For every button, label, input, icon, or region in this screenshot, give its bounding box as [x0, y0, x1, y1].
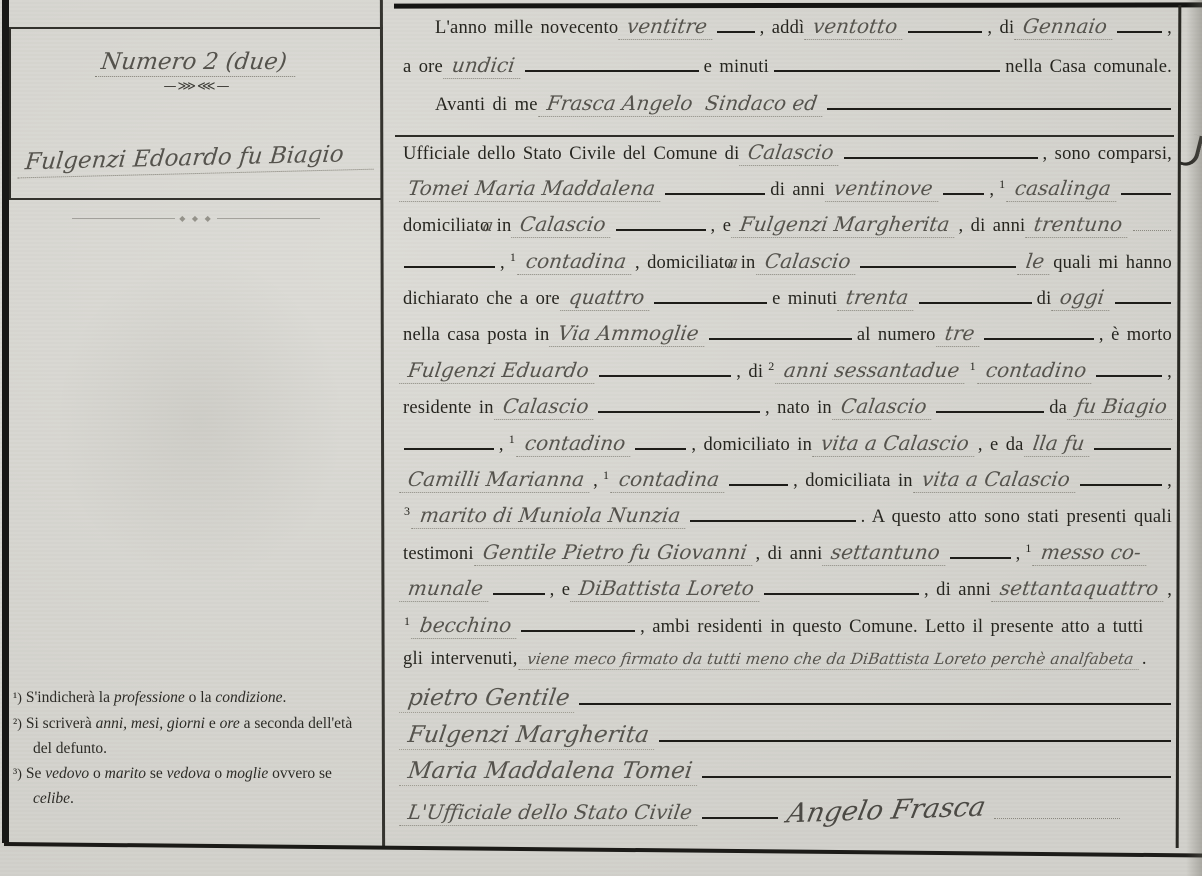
printed-text: ,	[1165, 580, 1174, 601]
handwritten-entry: Fulgenzi Margherita	[399, 722, 658, 750]
handwritten-entry: pietro Gentile	[399, 685, 578, 713]
column-divider-rule	[380, 0, 385, 848]
blank-line	[635, 438, 686, 450]
death-record-page: Numero 2 (due) —⋙⋘— Fulgenzi Edoardo fu …	[0, 0, 1202, 876]
blank-line	[521, 620, 635, 632]
form-line: ,1contadino, domiciliato invita a Calasc…	[401, 431, 1174, 467]
printed-text: , di anni	[956, 216, 1027, 237]
blank-line	[709, 328, 852, 340]
blank-line	[729, 474, 788, 486]
printed-text: testimoni	[401, 544, 476, 565]
ornament-divider: ◆ ◆ ◆	[72, 214, 320, 223]
blank-line	[665, 183, 765, 195]
blank-line	[1133, 220, 1171, 231]
handwritten-entry: Maria Maddalena Tomei	[399, 758, 701, 786]
footnote-text: vedova	[167, 765, 211, 782]
printed-text: , ambi residenti in questo Comune. Letto…	[638, 617, 1145, 638]
ornament-glyphs: ◆ ◆ ◆	[175, 214, 217, 223]
printed-text: , addì	[758, 18, 807, 39]
handwritten-entry: tre	[936, 321, 983, 347]
blank-line	[525, 60, 699, 72]
printed-text: ,	[1165, 471, 1174, 492]
handwritten-entry: Calascio	[494, 394, 597, 420]
handwritten-entry: Camilli Marianna	[399, 467, 593, 493]
handwritten-entry: Gennaio	[1015, 14, 1117, 40]
printed-text: , di	[985, 18, 1016, 39]
margin-annotation-box: Numero 2 (due) —⋙⋘— Fulgenzi Edoardo fu …	[9, 27, 383, 200]
footnote-text: professione	[114, 689, 185, 706]
handwritten-entry: Tomei Maria Maddalena	[399, 176, 664, 202]
footnote-text: e	[205, 715, 220, 732]
handwritten-entry: lla fu	[1024, 431, 1093, 457]
printed-text: ,	[498, 253, 507, 274]
footnote: ²)Si scriverà anni, mesi, giorni e ore a…	[13, 712, 371, 762]
footnote-text: o	[211, 765, 227, 782]
handwritten-entry: anni sessantadue	[775, 358, 968, 384]
form-line: testimoniGentile Pietro fu Giovanni, di …	[401, 540, 1174, 576]
page-right-edge	[1186, 0, 1202, 876]
blank-line	[690, 510, 855, 522]
right-rule	[1176, 5, 1182, 848]
blank-line	[404, 256, 495, 268]
footnote-text: moglie	[226, 765, 268, 782]
footnote: ³)Se vedovo o marito se vedova o moglie …	[13, 762, 371, 812]
blank-line	[702, 766, 1171, 778]
blank-line	[950, 547, 1010, 559]
footnote-text: anni, mesi, giorni	[96, 715, 205, 732]
printed-text: , di anni	[922, 580, 993, 601]
blank-line	[827, 98, 1171, 110]
footnote: ¹)S'indicherà la professione o la condiz…	[13, 686, 371, 711]
footnote-text: o la	[185, 689, 216, 706]
blank-line	[908, 21, 983, 33]
handwritten-entry: settantuno	[823, 540, 949, 566]
blank-line	[599, 365, 732, 377]
blank-line	[1094, 438, 1171, 450]
form-line: a oreundicie minutinella Casa comunale.	[401, 53, 1174, 92]
printed-text: e minuti	[770, 289, 839, 310]
handwritten-entry: settantaquattro	[991, 576, 1167, 602]
form-line: dichiarato che a orequattroe minutitrent…	[401, 285, 1174, 321]
printed-text: a ore	[401, 57, 445, 78]
footnote-text: Se	[26, 765, 45, 782]
printed-text: , e	[548, 580, 573, 601]
handwritten-entry: contadino	[516, 431, 634, 457]
printed-text: L'anno mille novecento	[433, 18, 620, 39]
handwritten-entry: vita a Calascio	[812, 431, 977, 457]
footnotes: ¹)S'indicherà la professione o la condiz…	[13, 686, 371, 813]
footnote-text: ore	[220, 715, 240, 732]
form-line: Maria Maddalena Tomei	[401, 758, 1174, 794]
printed-text: e minuti	[702, 57, 771, 78]
footnote-text: celibe	[33, 790, 70, 807]
handwritten-entry: DiBattista Loreto	[570, 576, 763, 602]
form-line: ,1contadina, domiciliatoainCalasciolequa…	[401, 249, 1174, 285]
blank-line	[774, 60, 1000, 72]
form-line: Ufficiale dello Stato Civile del Comune …	[401, 140, 1174, 176]
printed-text: gli intervenuti,	[401, 649, 520, 670]
footnote-marker: ²)	[13, 717, 26, 732]
footnote-ref: 1	[507, 250, 519, 265]
footnote-marker: ¹)	[13, 691, 26, 706]
footnote-marker: ³)	[13, 767, 26, 782]
handwritten-entry: Frasca Angelo Sindaco ed	[538, 91, 826, 117]
blank-line	[1080, 474, 1163, 486]
printed-text: dichiarato che a ore	[401, 289, 562, 310]
form-line: Fulgenzi Eduardo, di2anni sessantadue1co…	[401, 358, 1174, 394]
printed-text: , e da	[976, 435, 1026, 456]
blank-line	[919, 292, 1032, 304]
handwritten-entry: Fulgenzi Margherita	[731, 212, 958, 238]
form-line: gli intervenuti,viene meco firmato da tu…	[401, 649, 1174, 685]
printed-text: al numero	[855, 325, 938, 346]
blank-line	[616, 219, 706, 231]
declaration-block: Ufficiale dello Stato Civile del Comune …	[401, 137, 1174, 831]
blank-line	[659, 730, 1171, 742]
preamble-block: L'anno mille novecentoventitre, addìvent…	[401, 0, 1174, 130]
handwritten-entry: ventinove	[825, 176, 941, 202]
blank-line	[493, 583, 545, 595]
handwritten-entry: Calascio	[832, 394, 935, 420]
form-line: domiciliatoainCalascio, eFulgenzi Marghe…	[401, 212, 1174, 248]
footnote-text: Si scriverà	[26, 715, 96, 732]
footnote-ref: 1	[600, 468, 612, 483]
deceased-name-margin: Fulgenzi Edoardo fu Biagio	[18, 141, 377, 179]
bottom-rule	[4, 842, 1202, 857]
footnote-ref: 2	[765, 359, 777, 374]
footnote-ref: 3	[401, 504, 413, 519]
printed-text: ,	[1165, 362, 1174, 383]
blank-line	[1117, 21, 1162, 33]
form-line: L'anno mille novecentoventitre, addìvent…	[401, 14, 1174, 53]
footnote-text: S'indicherà la	[26, 689, 114, 706]
form-line: nella casa posta inVia Ammoglieal numero…	[401, 321, 1174, 357]
handwritten-entry: contadino	[977, 358, 1095, 384]
handwritten-entry: Calascio	[740, 140, 843, 166]
blank-line	[844, 147, 1038, 159]
printed-text: , di anni	[754, 544, 825, 565]
handwritten-entry: Angelo Frasca	[777, 791, 995, 830]
blank-line	[1096, 365, 1162, 377]
handwritten-entry: ventitre	[618, 14, 716, 40]
flourish-divider-icon: —⋙⋘—	[11, 79, 383, 94]
form-body: L'anno mille novecentoventitre, addìvent…	[401, 0, 1174, 831]
footnote-text: condizione	[215, 689, 282, 706]
handwritten-entry: ventotto	[805, 14, 907, 40]
blank-line	[994, 808, 1120, 819]
form-line: Tomei Maria Maddalenadi anniventinove,1c…	[401, 176, 1174, 212]
blank-line	[943, 183, 985, 195]
blank-line	[764, 583, 919, 595]
printed-text: di anni	[768, 180, 827, 201]
printed-text: nella casa posta in	[401, 325, 551, 346]
form-line: 1becchino, ambi residenti in questo Comu…	[401, 613, 1174, 649]
footnote-text: marito	[105, 765, 146, 782]
footnote-text: o	[89, 765, 105, 782]
footnote-text: se	[146, 765, 167, 782]
act-number: Numero 2 (due)	[9, 49, 384, 75]
handwritten-entry: munale	[399, 576, 492, 602]
footnote-ref: 1	[967, 359, 979, 374]
blank-line	[404, 438, 494, 450]
blank-line	[984, 328, 1094, 340]
form-line: munale, eDiBattista Loreto, di annisetta…	[401, 576, 1174, 612]
printed-text: , di	[734, 362, 765, 383]
printed-text: , e	[709, 216, 734, 237]
handwritten-entry: Gentile Pietro fu Giovanni	[474, 540, 755, 566]
printed-text: ,	[497, 435, 506, 456]
footnote-ref: 1	[996, 177, 1008, 192]
blank-line	[1121, 183, 1171, 195]
printed-text: ,	[1014, 544, 1023, 565]
footnote-ref: 1	[401, 614, 413, 629]
handwritten-entry: Via Ammoglie	[550, 321, 708, 347]
printed-text: quali mi hanno	[1051, 253, 1174, 274]
form-line: Fulgenzi Margherita	[401, 722, 1174, 758]
blank-line	[579, 693, 1171, 705]
handwritten-entry: Calascio	[756, 249, 859, 275]
binding-edge	[2, 0, 9, 843]
handwritten-entry: casalinga	[1006, 176, 1119, 202]
printed-text: Ufficiale dello Stato Civile del Comune …	[401, 144, 741, 165]
blank-line	[936, 401, 1044, 413]
printed-text: nella Casa comunale.	[1003, 57, 1174, 78]
printed-text: domiciliato	[401, 216, 491, 237]
form-line: pietro Gentile	[401, 685, 1174, 721]
printed-text: , è morto	[1097, 325, 1174, 346]
printed-text: , domiciliato in	[689, 435, 814, 456]
handwritten-entry: undici	[443, 53, 523, 79]
printed-text: , domiciliato	[633, 253, 736, 274]
blank-line	[860, 256, 1016, 268]
printed-text: residente in	[401, 398, 496, 419]
handwritten-entry: trenta	[838, 285, 918, 311]
footnote-text: .	[283, 689, 287, 706]
footnote-ref: 1	[1022, 541, 1034, 556]
handwritten-entry: viene meco firmato da tutti meno che da …	[518, 650, 1141, 670]
printed-text: , sono comparsi,	[1041, 144, 1174, 165]
bleedthrough-smudge	[55, 255, 345, 585]
form-line: Avanti di meFrasca Angelo Sindaco ed	[401, 91, 1174, 130]
printed-text: ,	[1165, 18, 1174, 39]
form-line: Camilli Marianna,1contadina, domiciliata…	[401, 467, 1174, 503]
handwritten-entry: contadina	[517, 249, 635, 275]
blank-line	[654, 292, 767, 304]
handwritten-entry: L'Ufficiale dello Stato Civile	[399, 800, 701, 826]
handwritten-entry: messo co-	[1033, 540, 1150, 566]
blank-line	[702, 807, 778, 819]
printed-text: in	[739, 253, 758, 274]
footnote-text: vedovo	[45, 765, 89, 782]
printed-text: . A questo atto sono stati presenti qual…	[859, 507, 1174, 528]
handwritten-entry: oggi	[1052, 285, 1114, 311]
printed-text: da	[1047, 398, 1069, 419]
handwritten-entry: quattro	[560, 285, 653, 311]
printed-text: , domiciliata in	[791, 471, 915, 492]
handwritten-entry: contadina	[610, 467, 728, 493]
footnote-text: ovvero se	[268, 765, 332, 782]
handwritten-entry: marito di Muniola Nunzia	[411, 503, 689, 529]
form-line: 3marito di Muniola Nunzia. A questo atto…	[401, 503, 1174, 539]
blank-line	[717, 21, 754, 33]
handwritten-entry: Calascio	[512, 212, 615, 238]
handwritten-entry: trentuno	[1026, 212, 1132, 238]
handwritten-entry: le	[1017, 249, 1053, 275]
handwritten-entry: becchino	[411, 613, 520, 639]
act-number-text: Numero 2 (due)	[95, 49, 298, 77]
handwritten-entry: a	[725, 253, 740, 273]
blank-line	[1115, 292, 1172, 304]
blank-line	[598, 401, 760, 413]
handwritten-entry: Fulgenzi Eduardo	[399, 358, 597, 384]
footnote-text: .	[70, 790, 74, 807]
printed-text: , nato in	[763, 398, 834, 419]
footnote-ref: 1	[506, 432, 518, 447]
printed-text: ,	[591, 471, 600, 492]
handwritten-entry: vita a Calascio	[913, 467, 1078, 493]
printed-text: ,	[987, 180, 996, 201]
printed-text: Avanti di me	[433, 95, 540, 116]
form-line: L'Ufficiale dello Stato CivileAngelo Fra…	[401, 795, 1174, 831]
form-line: residente inCalascio, nato inCalasciodaf…	[401, 394, 1174, 430]
handwritten-entry: fu Biagio	[1067, 394, 1176, 420]
